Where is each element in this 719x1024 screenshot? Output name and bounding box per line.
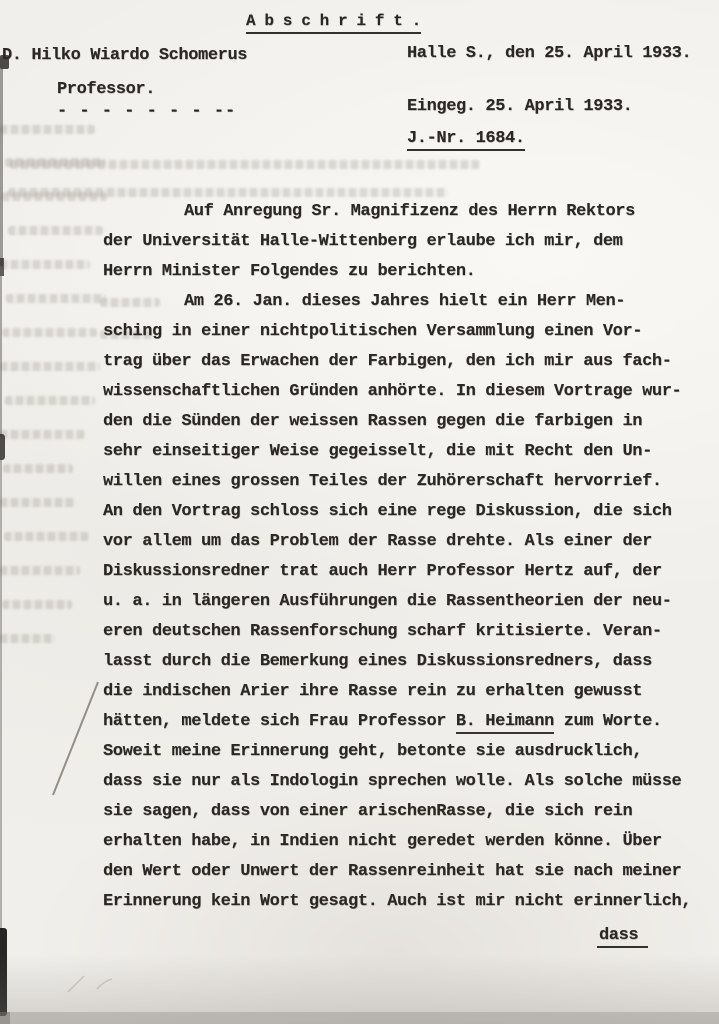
- typed-line: der Universität Halle-Wittenberg erlaube…: [103, 227, 715, 257]
- typed-line: den Wert oder Unwert der Rassenreinheit …: [103, 857, 715, 887]
- sender-name: D. Hilko Wiardo Schomerus: [2, 46, 247, 65]
- bleedthrough-text: [4, 532, 89, 541]
- scan-edge-artifact: [0, 66, 3, 266]
- typed-line: sching in einer nichtpolitischen Versamm…: [103, 317, 715, 347]
- bleedthrough-text: [2, 192, 107, 201]
- sender-role: Professor.: [57, 80, 155, 99]
- typed-line: sehr einseitiger Weise gegeisselt, die m…: [103, 437, 715, 467]
- typed-line: lasst durch die Bemerkung eines Diskussi…: [103, 647, 715, 677]
- bleedthrough-text: [0, 430, 85, 439]
- bleedthrough-text: [0, 362, 100, 371]
- bleedthrough-text: [5, 158, 105, 167]
- typed-line: Herrn Minister Folgendes zu berichten.: [103, 257, 715, 287]
- typed-line: dass sie nur als Indologin sprechen woll…: [103, 767, 715, 797]
- typed-line: willen eines grossen Teiles der Zuhörers…: [103, 467, 715, 497]
- letter-body: Auf Anregung Sr. Magnifizenz des Herrn R…: [103, 197, 715, 917]
- scanned-document-page: A b s c h r i f t . D. Hilko Wiardo Scho…: [0, 0, 719, 1024]
- bleedthrough-text: [6, 294, 106, 303]
- bleedthrough-text: [0, 498, 75, 507]
- typed-line: vor allem um das Problem der Rasse dreht…: [103, 527, 715, 557]
- bleedthrough-text: [5, 396, 95, 405]
- scan-edge-artifact: [0, 460, 2, 930]
- typed-line: eren deutschen Rassenforschung scharf kr…: [103, 617, 715, 647]
- typed-line: Am 26. Jan. dieses Jahres hielt ein Herr…: [103, 287, 715, 317]
- separator-dashes: - - - - - - - --: [57, 102, 236, 121]
- typed-line: u. a. in längeren Ausführungen die Rasse…: [103, 587, 715, 617]
- typed-line: An den Vortrag schloss sich eine rege Di…: [103, 497, 715, 527]
- text-segment: zum Worte.: [554, 712, 662, 731]
- typed-line: den die Sünden der weissen Rassen gegen …: [103, 407, 715, 437]
- typed-line: trag über das Erwachen der Farbigen, den…: [103, 347, 715, 377]
- underlined-name: B. Heimann: [456, 712, 554, 734]
- catchword: dass: [597, 926, 648, 948]
- bleedthrough-text: [2, 600, 72, 609]
- pencil-scribble: [68, 976, 112, 992]
- bleedthrough-text: [0, 260, 90, 269]
- bleedthrough-text: [0, 125, 95, 134]
- bleedthrough-text: [0, 566, 80, 575]
- paragraph: Am 26. Jan. dieses Jahres hielt ein Herr…: [103, 287, 715, 917]
- bleedthrough-text: [2, 328, 97, 337]
- page-bottom-shadow: [0, 954, 719, 1024]
- bleedthrough-text: [0, 634, 55, 643]
- scan-edge-artifact: [0, 276, 2, 436]
- place-date-line: Halle S., den 25. April 1933.: [407, 44, 691, 63]
- typed-line: die indischen Arier ihre Rasse rein zu e…: [103, 677, 715, 707]
- typed-line: erhalten habe, in Indien nicht geredet w…: [103, 827, 715, 857]
- received-stamp-line: Eingeg. 25. April 1933.: [407, 97, 632, 116]
- bleedthrough-text: [8, 226, 103, 235]
- paragraph: Auf Anregung Sr. Magnifizenz des Herrn R…: [103, 197, 715, 287]
- text-segment: hätten, meldete sich Frau Professor: [103, 712, 456, 731]
- page-bottom-edge: [0, 1012, 719, 1024]
- document-title: A b s c h r i f t .: [246, 12, 421, 34]
- bleedthrough-text: [3, 464, 73, 473]
- typed-line: Soweit meine Erinnerung geht, betonte si…: [103, 737, 715, 767]
- journal-number: J.-Nr. 1684.: [407, 129, 525, 151]
- typed-line: Erinnerung kein Wort gesagt. Auch ist mi…: [103, 887, 715, 917]
- typed-line: Diskussionsredner trat auch Herr Profess…: [103, 557, 715, 587]
- typed-line: wissenschaftlichen Gründen anhörte. In d…: [103, 377, 715, 407]
- scan-edge-artifact: [0, 928, 7, 1016]
- scan-edge-artifact: [0, 1012, 10, 1024]
- typed-line: hätten, meldete sich Frau Professor B. H…: [103, 707, 715, 737]
- typed-line: sie sagen, dass von einer arischenRasse,…: [103, 797, 715, 827]
- typed-line: Auf Anregung Sr. Magnifizenz des Herrn R…: [103, 197, 715, 227]
